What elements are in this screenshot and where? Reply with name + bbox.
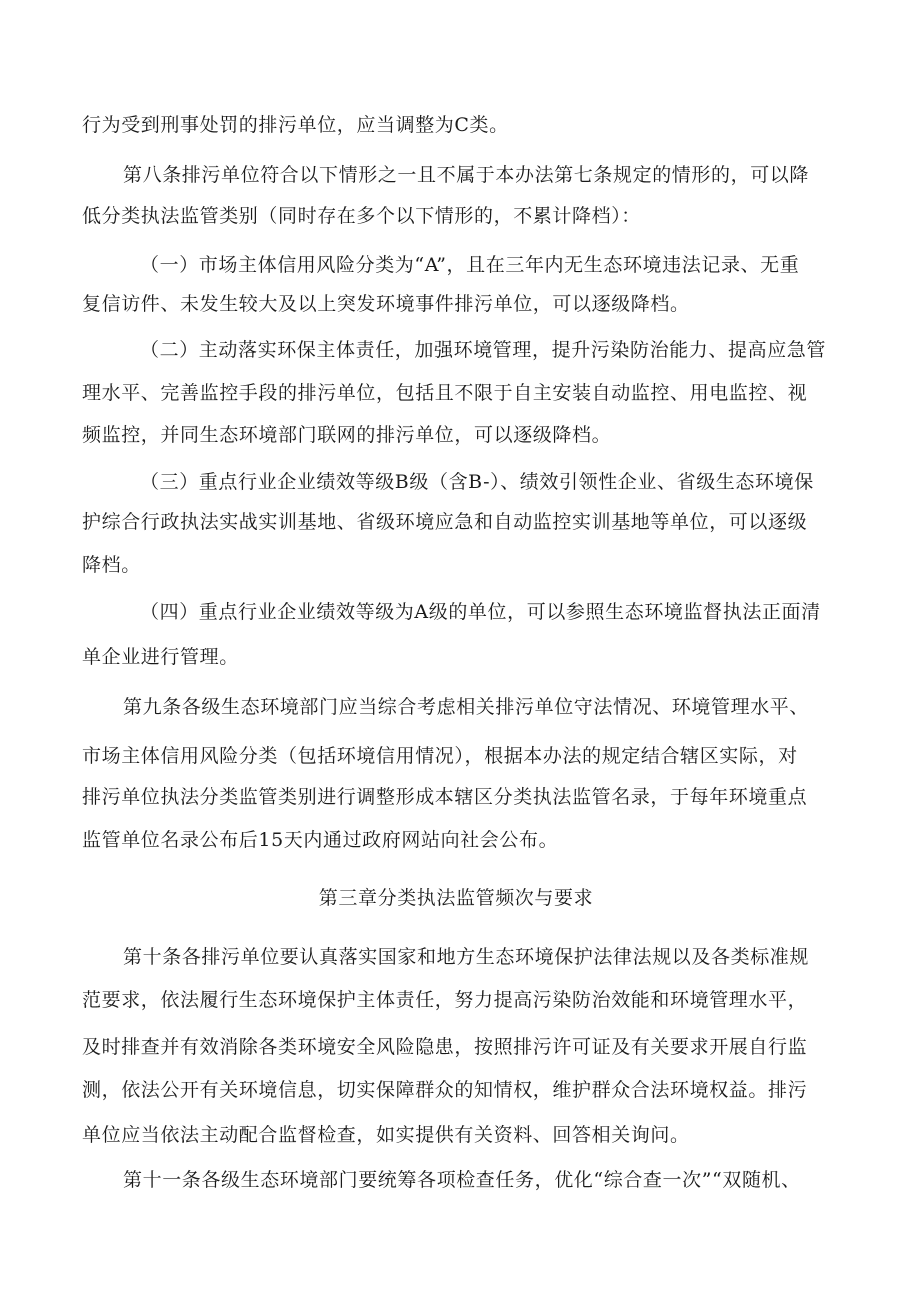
article-10-line: 单位应当依法主动配合监督检查，如实提供有关资料、回答相关询问。 <box>82 1121 842 1149</box>
article-9-line: 第九条各级生态环境部门应当综合考虑相关排污单位守法情况、环境管理水平、 <box>123 693 883 721</box>
article-10-line: 范要求，依法履行生态环境保护主体责任，努力提高污染防治效能和环境管理水平， <box>82 986 842 1014</box>
article-10-line: 测，依法公开有关环境信息，切实保障群众的知情权，维护群众合法环境权益。排污 <box>82 1076 842 1104</box>
item-2-line: （二）主动落实环保主体责任，加强环境管理，提升污染防治能力、提高应急管 <box>140 336 900 364</box>
text-line-continuation: 行为受到刑事处罚的排污单位，应当调整为C类。 <box>82 111 842 139</box>
item-2-line: 理水平、完善监控手段的排污单位，包括且不限于自主安装自动监控、用电监控、视 <box>82 379 842 407</box>
item-3-line: 护综合行政执法实战实训基地、省级环境应急和自动监控实训基地等单位，可以逐级 <box>82 508 842 536</box>
article-10-line: 及时排查并有效消除各类环境安全风险隐患，按照排污许可证及有关要求开展自行监 <box>82 1033 842 1061</box>
item-1-line: （一）市场主体信用风险分类为“A”，且在三年内无生态环境违法记录、无重 <box>140 251 900 279</box>
article-9-line: 排污单位执法分类监管类别进行调整形成本辖区分类执法监管名录，于每年环境重点 <box>82 783 842 811</box>
chapter-3-heading: 第三章分类执法监管频次与要求 <box>0 884 912 912</box>
article-8-heading-line: 第八条排污单位符合以下情形之一且不属于本办法第七条规定的情形的，可以降 <box>123 161 883 189</box>
item-4-line: （四）重点行业企业绩效等级为A级的单位，可以参照生态环境监督执法正面清 <box>140 598 900 626</box>
article-11-line: 第十一条各级生态环境部门要统筹各项检查任务，优化“综合查一次”“双随机、 <box>123 1166 883 1194</box>
document-page: 行为受到刑事处罚的排污单位，应当调整为C类。 第八条排污单位符合以下情形之一且不… <box>0 0 920 1301</box>
article-9-line: 市场主体信用风险分类（包括环境信用情况），根据本办法的规定结合辖区实际，对 <box>82 742 842 770</box>
item-2-line: 频监控，并同生态环境部门联网的排污单位，可以逐级降档。 <box>82 421 842 449</box>
item-3-line: （三）重点行业企业绩效等级B级（含B-）、绩效引领性企业、省级生态环境保 <box>140 468 900 496</box>
item-1-line: 复信访件、未发生较大及以上突发环境事件排污单位，可以逐级降档。 <box>82 290 842 318</box>
article-9-line: 监管单位名录公布后15天内通过政府网站向社会公布。 <box>82 826 842 854</box>
item-4-line: 单企业进行管理。 <box>82 643 842 671</box>
item-3-line: 降档。 <box>82 551 842 579</box>
article-8-line: 低分类执法监管类别（同时存在多个以下情形的，不累计降档）： <box>82 202 842 230</box>
article-10-line: 第十条各排污单位要认真落实国家和地方生态环境保护法律法规以及各类标准规 <box>123 943 883 971</box>
